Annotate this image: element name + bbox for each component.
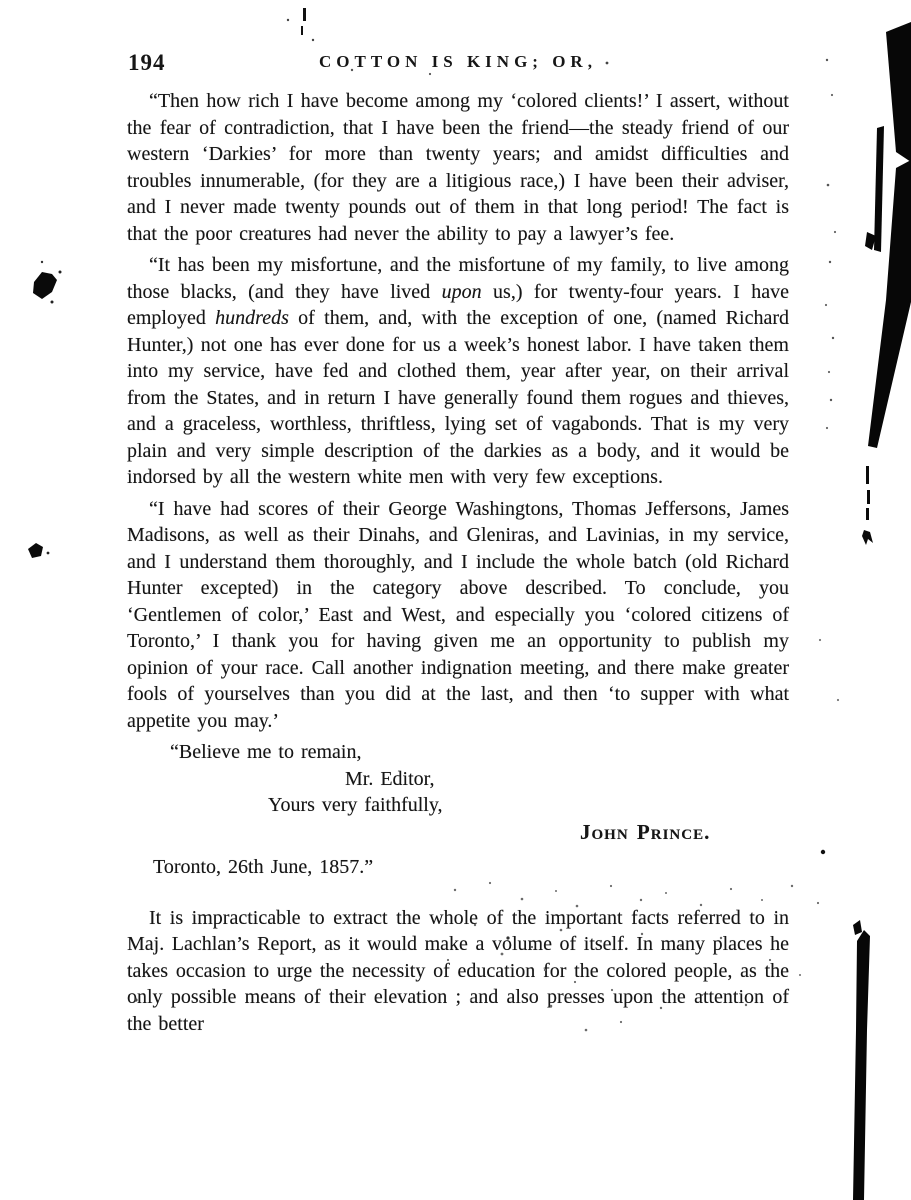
closing-line-editor: Mr. Editor, [127, 766, 789, 793]
ink-speck [828, 371, 830, 373]
ink-speck [41, 261, 43, 263]
ink-speck [819, 639, 821, 641]
scan-dash [866, 508, 869, 520]
commentary-block: It is impracticable to extract the whole… [127, 905, 789, 1038]
scan-streak-top-right [886, 22, 911, 162]
letter-paragraph-1: “Then how rich I have become among my ‘c… [127, 88, 789, 247]
signature-john-prince: John Prince. [127, 819, 789, 846]
scan-dash [303, 8, 306, 21]
italic-word-hundreds: hundreds [215, 307, 289, 329]
ink-speck [47, 552, 50, 555]
scan-streak-bottom-right [853, 920, 862, 935]
scan-streak-top-right [868, 160, 911, 448]
letter-paragraph-2: “It has been my misfortune, and the misf… [127, 252, 789, 491]
ink-speck [312, 39, 314, 41]
ink-blob-left-lower [28, 543, 43, 558]
ink-speck [51, 301, 54, 304]
page-body: “Then how rich I have become among my ‘c… [127, 88, 789, 1037]
scan-dash [301, 26, 303, 35]
ink-speck [829, 261, 831, 263]
ink-speck [831, 94, 833, 96]
closing-line-faithfully: Yours very faithfully, [127, 792, 789, 819]
letter-paragraph-2-text: of them, and, with the exception of one,… [127, 307, 789, 488]
ink-speck [59, 271, 62, 274]
ink-speck [287, 19, 289, 21]
running-title: COTTON IS KING; OR, [127, 52, 789, 72]
letter-paragraph-3: “I have had scores of their George Washi… [127, 496, 789, 735]
scan-dash [866, 466, 869, 484]
scan-streak-bottom-right [853, 930, 870, 1200]
ink-speck [832, 337, 834, 339]
scanned-book-page: 194 COTTON IS KING; OR, “Then how rich I… [0, 0, 911, 1200]
ink-speck [429, 73, 431, 75]
dateline-toronto: Toronto, 26th June, 1857.” [127, 854, 789, 881]
scan-streak-top-right [874, 126, 884, 252]
scan-hook-mark [862, 530, 873, 545]
ink-speck [821, 850, 825, 854]
ink-speck [830, 399, 832, 401]
scan-dash [867, 490, 870, 504]
ink-speck [827, 184, 830, 187]
ink-blob-left-upper [33, 272, 57, 299]
italic-word-upon: upon [442, 281, 482, 303]
ink-speck [837, 699, 839, 701]
closing-line-believe: “Believe me to remain, [127, 739, 789, 766]
ink-speck [826, 59, 828, 61]
ink-speck [826, 427, 828, 429]
letter-closing: “Believe me to remain, Mr. Editor, Yours… [127, 739, 789, 881]
commentary-paragraph: It is impracticable to extract the whole… [127, 905, 789, 1038]
scan-streak-top-right [865, 232, 876, 250]
ink-speck [825, 304, 827, 306]
ink-speck [834, 231, 836, 233]
